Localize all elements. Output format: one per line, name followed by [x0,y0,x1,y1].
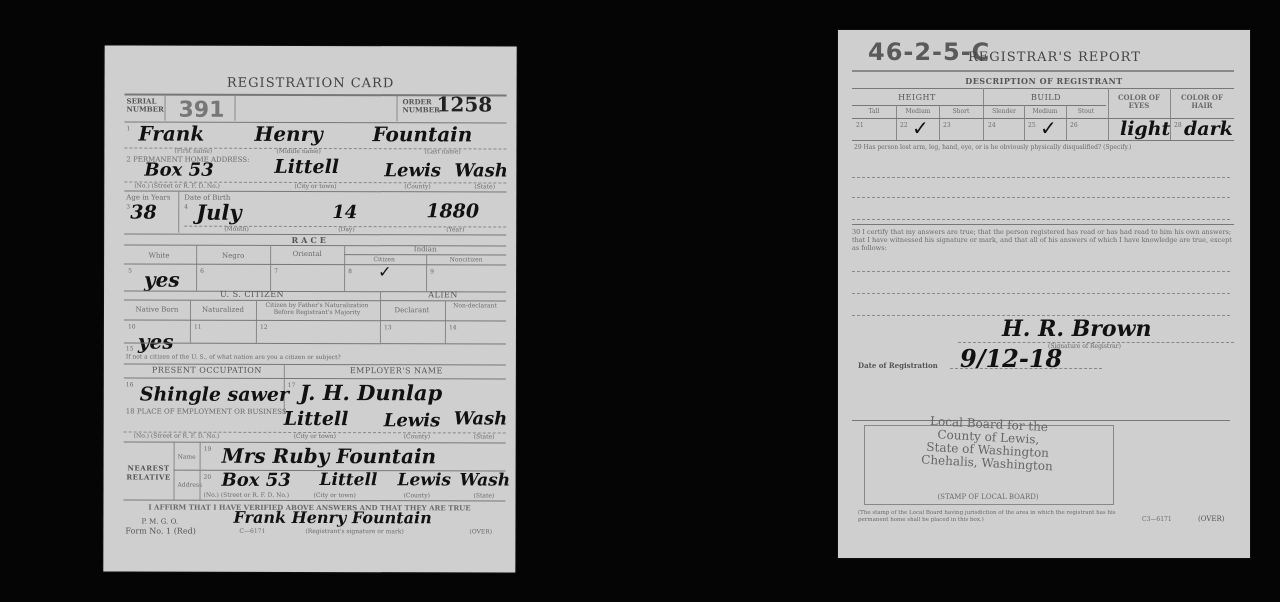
field-number: 17 [288,382,296,389]
stamp-note: (The stamp of the Local Board having jur… [858,510,1118,524]
last-name: Fountain [372,122,472,146]
relative-address-label: Address [178,482,203,489]
home-city: Littell [274,156,339,178]
home-street: Box 53 [144,160,213,181]
divider [164,95,165,121]
caption: (State) [474,492,495,499]
field-number: 12 [260,324,268,331]
over-label: (OVER) [1198,515,1225,523]
relative-name-label: Name [178,454,196,461]
caption: (County) [404,433,430,440]
build-col-stout: Stout [1066,108,1106,115]
caption: (City or town) [314,492,356,499]
birth-month: July [196,200,241,225]
print-code: C—6171 [239,528,265,535]
divider [124,191,506,193]
col-declarant: Declarant [380,306,444,314]
blank-line [852,293,1230,294]
race-col-noncitizen: Noncitizen [426,256,506,263]
divider [234,95,235,121]
race-col-indian: Indian [344,245,506,253]
question-15: If not a citizen of the U. S., of what n… [126,354,341,362]
build-medium-check-icon: ✓ [1040,116,1057,140]
stamp-caption: (STAMP OF LOCAL BOARD) [864,493,1112,501]
field-number: 24 [988,122,996,129]
registrar-signature: H. R. Brown [1002,316,1152,342]
divider [200,442,201,500]
blank-line [852,271,1230,272]
over-label: (OVER) [469,528,492,535]
caption: (No.) (Street or R. F. D. No.) [204,492,290,499]
race-citizen-check-icon: ✓ [378,262,391,281]
age-label: Age in Years [126,194,170,202]
registrant-signature: Frank Henry Fountain [233,508,431,528]
divider [852,88,1234,89]
field-number: 14 [449,324,457,331]
race-col-oriental: Oriental [270,250,344,258]
race-col-white: White [124,252,194,260]
col-non-declarant: Non-declarant [445,302,505,309]
divider [852,105,1106,106]
order-label: ORDER NUMBER [403,98,439,114]
caption: (No.) (Street or R. F. D. No.) [134,433,220,440]
employer-label: EMPLOYER'S NAME [350,366,443,375]
divider [950,368,1102,369]
hair-color-value: dark [1184,118,1233,140]
middle-name: Henry [254,122,322,146]
relative-name: Mrs Ruby Fountain [222,444,437,469]
field-number: 21 [856,122,864,129]
question-30-certification: 30 I certify that my answers are true; t… [852,228,1232,252]
signature-caption: (Registrant's signature or mark) [305,528,403,535]
blank-line [852,197,1230,198]
race-white-value: yes [144,268,180,292]
caption: (Last name) [424,148,460,155]
field-number: 15 [126,346,134,353]
field-number: 16 [126,382,134,389]
divider [124,343,506,345]
field-number: 22 [900,122,908,129]
caption: (Year) [446,226,464,233]
eyes-title: COLOR OF EYES [1108,94,1170,110]
report-subtitle: DESCRIPTION OF REGISTRANT [838,76,1250,86]
col-native-born: Native Born [124,306,190,314]
report-title: REGISTRAR'S REPORT [968,50,1141,65]
relative-street: Box 53 [222,470,291,491]
field-number: 23 [943,122,951,129]
field-number: 28 [1174,122,1182,129]
field-number: 7 [274,268,278,275]
divider [852,140,1234,141]
birth-year: 1880 [426,200,479,222]
caption: (State) [474,183,495,190]
field-number: 10 [128,324,136,331]
divider [396,95,397,121]
caption: (No.) (Street or R. F. D. No.) [134,183,220,190]
order-number: 1258 [437,92,493,116]
race-col-negro: Negro [196,252,270,260]
occupation-label: PRESENT OCCUPATION [152,366,262,375]
employment-state: Wash [454,408,508,429]
caption: (Day) [338,226,354,233]
caption: (Middle name) [276,148,321,155]
build-col-medium: Medium [1024,108,1066,115]
relative-state: Wash [460,470,511,490]
place-of-employment-label: 18 PLACE OF EMPLOYMENT OR BUSINESS: [126,408,289,416]
col-citizen-by-father: Citizen by Father's Naturalization Befor… [256,302,378,316]
pmgo-label: P. M. G. O. [141,518,178,526]
field-number: 19 [204,446,212,453]
employment-county: Lewis [384,410,441,431]
blank-line [852,219,1230,220]
relative-city: Littell [320,470,378,490]
field-number: 11 [194,324,202,331]
divider [178,191,179,233]
height-col-short: Short [939,108,983,115]
caption: (County) [404,183,430,190]
divider [123,500,505,502]
caption: (City or town) [294,433,336,440]
caption: (City or town) [294,183,336,190]
field-number: 25 [1028,122,1036,129]
blank-line [852,177,1230,178]
eye-color-value: light [1120,118,1170,140]
occupation-value: Shingle sawer [140,384,289,406]
caption: (First name) [174,148,212,155]
birth-day: 14 [332,202,357,223]
field-number: 6 [200,268,204,275]
field-number: 26 [1070,122,1078,129]
first-name: Frank [138,122,204,146]
field-number: 4 [184,204,188,211]
age-value: 38 [130,202,157,224]
form-number: Form No. 1 (Red) [125,527,195,536]
field-number: 13 [384,324,392,331]
employer-value: J. H. Dunlap [300,380,442,405]
home-state: Wash [454,160,508,181]
build-title: BUILD [984,93,1108,102]
height-col-medium: Medium [896,108,940,115]
registrar-report-card: 46-2-5-C REGISTRAR'S REPORT DESCRIPTION … [838,30,1250,558]
divider [852,70,1234,72]
hair-title: COLOR OF HAIR [1170,94,1234,110]
relative-county: Lewis [398,470,451,490]
field-number: 20 [204,474,212,481]
divider [124,320,506,322]
alien-title: ALIEN [380,290,506,299]
height-col-tall: Tall [852,108,896,115]
height-medium-check-icon: ✓ [912,116,929,140]
serial-label: SERIAL NUMBER [127,98,165,114]
divider [124,264,506,266]
field-number: 1 [126,126,130,133]
question-29: 29 Has person lost arm, leg, hand, eye, … [854,144,1234,151]
field-number: 8 [348,268,352,275]
caption: (Month) [224,226,249,233]
caption: (State) [474,433,495,440]
build-col-slender: Slender [984,108,1024,115]
caption: (County) [404,492,430,499]
home-county: Lewis [384,160,441,181]
print-code: C3—6171 [1142,516,1172,523]
registration-card: REGISTRATION CARD SERIAL NUMBER 391 ORDE… [103,45,516,572]
date-label: Date of Registration [858,361,938,370]
employment-city: Littell [284,408,349,430]
serial-number: 391 [178,98,224,123]
col-naturalized: Naturalized [190,306,256,314]
field-number: 9 [430,268,434,275]
field-number: 5 [128,268,132,275]
us-citizen-title: U. S. CITIZEN [124,290,380,300]
nearest-relative-label: NEAREST RELATIVE [124,464,174,482]
height-title: HEIGHT [852,93,982,102]
card-title: REGISTRATION CARD [105,75,517,91]
divider [852,224,1234,225]
